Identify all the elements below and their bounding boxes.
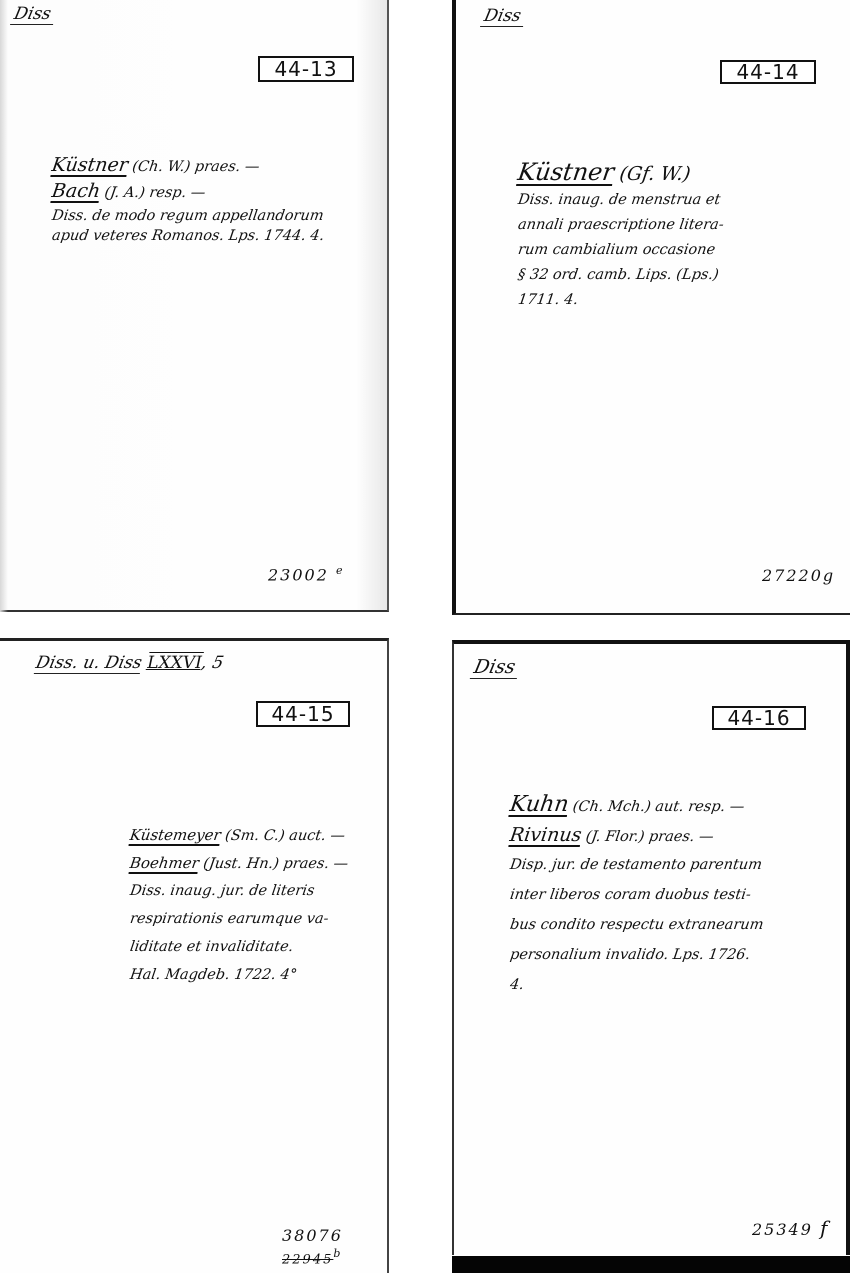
respondent-line: Bach (J. A.) resp. — xyxy=(50,178,326,204)
praeses-line: Rivinus (J. Flor.) praes. — xyxy=(508,820,766,850)
call-number-box: 44-13 xyxy=(258,56,354,82)
title-line: § 32 ord. camb. Lips. (Lps.) xyxy=(516,263,725,288)
title-line: liditate et invaliditate. xyxy=(128,933,350,961)
author-name: Küstner xyxy=(516,158,616,186)
format-note: Diss xyxy=(10,6,57,25)
call-number-box: 44-16 xyxy=(712,706,806,730)
title-line: inter liberos coram duobus testi- xyxy=(508,880,766,910)
author-initials: (Gf. W.) xyxy=(612,163,692,185)
catalog-card-44-14: Diss 44-14 Küstner (Gf. W.) Diss. inaug.… xyxy=(452,0,850,615)
format-note: Diss xyxy=(480,8,527,27)
title-line: Disp. jur. de testamento parentum xyxy=(508,850,766,880)
imprint-line: Hal. Magdeb. 1722. 4° xyxy=(128,961,350,989)
imprint-line: personalium invalido. Lps. 1726. xyxy=(508,940,766,970)
respondent-role: (J. A.) resp. — xyxy=(99,185,207,201)
respondent-role: (Ch. Mch.) aut. resp. — xyxy=(567,799,745,815)
catalog-entry: Küstner (Ch. W.) praes. — Bach (J. A.) r… xyxy=(52,152,324,246)
imprint-line: apud veteres Romanos. Lps. 1744. 4. xyxy=(51,226,326,246)
accession-number: 27220g xyxy=(762,566,835,585)
format-line: 4. xyxy=(508,970,766,1000)
author-line: Küstner (Gf. W.) xyxy=(516,156,726,188)
author-name: Küstner xyxy=(50,154,129,176)
respondent-name: Kuhn xyxy=(508,792,570,817)
series-volume: LXXVI xyxy=(145,653,204,673)
praeses-name: Boehmer xyxy=(129,854,200,872)
accession-number: 25349 f xyxy=(752,1216,829,1240)
author-line: Küstemeyer (Sm. C.) auct. — xyxy=(128,821,350,849)
catalog-entry: Küstemeyer (Sm. C.) auct. — Boehmer (Jus… xyxy=(130,821,348,989)
series-number: , 5 xyxy=(199,653,225,673)
author-name: Küstemeyer xyxy=(129,826,222,844)
title-line: annali praescriptione litera- xyxy=(516,213,725,238)
title-line: bus condito respectu extranearum xyxy=(508,910,766,940)
call-number-box: 44-14 xyxy=(720,60,816,84)
title-line: rum cambialium occasione xyxy=(516,238,725,263)
scan-border xyxy=(452,1256,850,1273)
accession-number: 38076 22945b xyxy=(282,1227,343,1269)
title-line: respirationis earumque va- xyxy=(128,905,350,933)
catalog-entry: Kuhn (Ch. Mch.) aut. resp. — Rivinus (J.… xyxy=(510,790,763,1000)
card-edge-shadow xyxy=(0,0,8,612)
catalog-card-44-13: Diss 44-13 Küstner (Ch. W.) praes. — Bac… xyxy=(0,0,389,612)
format-prefix: Diss. u. Diss xyxy=(34,653,144,674)
author-line: Küstner (Ch. W.) praes. — xyxy=(50,152,326,178)
praeses-role: (Just. Hn.) praes. — xyxy=(198,856,350,872)
accession-number: 23002 e xyxy=(268,564,343,584)
current-accession: 38076 xyxy=(282,1227,343,1245)
praeses-line: Boehmer (Just. Hn.) praes. — xyxy=(128,849,350,877)
call-number-box: 44-15 xyxy=(256,701,350,727)
praeses-role: (J. Flor.) praes. — xyxy=(580,829,715,845)
catalog-entry: Küstner (Gf. W.) Diss. inaug. de menstru… xyxy=(518,156,724,313)
old-accession: 22945b xyxy=(282,1245,343,1269)
praeses-name: Rivinus xyxy=(508,824,583,846)
title-line: Diss. inaug. jur. de literis xyxy=(128,877,350,905)
author-role: (Sm. C.) auct. — xyxy=(220,828,347,844)
catalog-card-44-15: Diss. u. Diss LXXVI, 5 44-15 Küstemeyer … xyxy=(0,638,389,1273)
imprint-line: 1711. 4. xyxy=(516,288,725,313)
author-role: (Ch. W.) praes. — xyxy=(127,159,261,175)
format-note: Diss. u. Diss LXXVI, 5 xyxy=(34,655,225,672)
title-line: Diss. de modo regum appellandorum xyxy=(51,206,326,226)
respondent-name: Bach xyxy=(50,180,101,202)
title-line: Diss. inaug. de menstrua et xyxy=(516,188,725,213)
format-note: Diss xyxy=(470,658,521,679)
respondent-line: Kuhn (Ch. Mch.) aut. resp. — xyxy=(508,790,766,820)
catalog-card-44-16: Diss 44-16 Kuhn (Ch. Mch.) aut. resp. — … xyxy=(452,640,850,1255)
